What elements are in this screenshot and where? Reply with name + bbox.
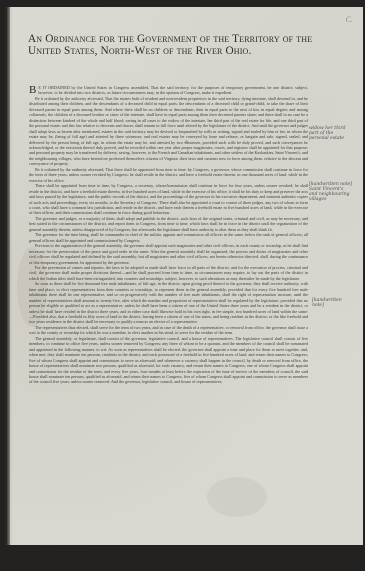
paragraph: Previous to the organization of the gene… (29, 243, 308, 265)
paragraph: Be it ordained by the authority aforesai… (29, 96, 308, 167)
page-marker: C. (346, 15, 353, 24)
drop-cap: B (29, 85, 36, 95)
document-title: An Ordinance for the Government of the T… (28, 33, 328, 57)
paragraph: BE IT ORDAINED by the United States in C… (29, 85, 308, 96)
insertion-caret-icon: ^ (185, 140, 188, 146)
paragraph: The general assembly, or legislature, sh… (29, 336, 308, 385)
handwritten-margin-note: [handwritten note] Saint Vincent's and n… (309, 182, 353, 202)
document-body: BE IT ORDAINED by the United States in C… (29, 85, 308, 385)
insertion-caret-icon: ^ (166, 184, 169, 190)
paragraph: The governor and judges, or a majority o… (29, 216, 308, 232)
document-page: C. An Ordinance for the Government of th… (5, 7, 363, 545)
paragraph: For the prevention of crimes and injurie… (29, 265, 308, 281)
handwritten-margin-note: [handwritten note] (312, 298, 342, 308)
paragraph: The representatives thus elected, shall … (29, 325, 308, 336)
page-fold-shadow (7, 7, 10, 545)
title-text: An Ordinance for the Government of the T… (28, 33, 312, 57)
handwritten-margin-note: widow her third part of the personal est… (309, 126, 353, 141)
paragraph: The governor for the time being, shall b… (29, 232, 308, 243)
paragraph: So soon as there shall be five thousand … (29, 281, 308, 325)
paper-stain (207, 477, 267, 517)
paragraph: Be it ordained by the authority aforesai… (29, 167, 308, 183)
scan-background: C. An Ordinance for the Government of th… (0, 0, 365, 571)
